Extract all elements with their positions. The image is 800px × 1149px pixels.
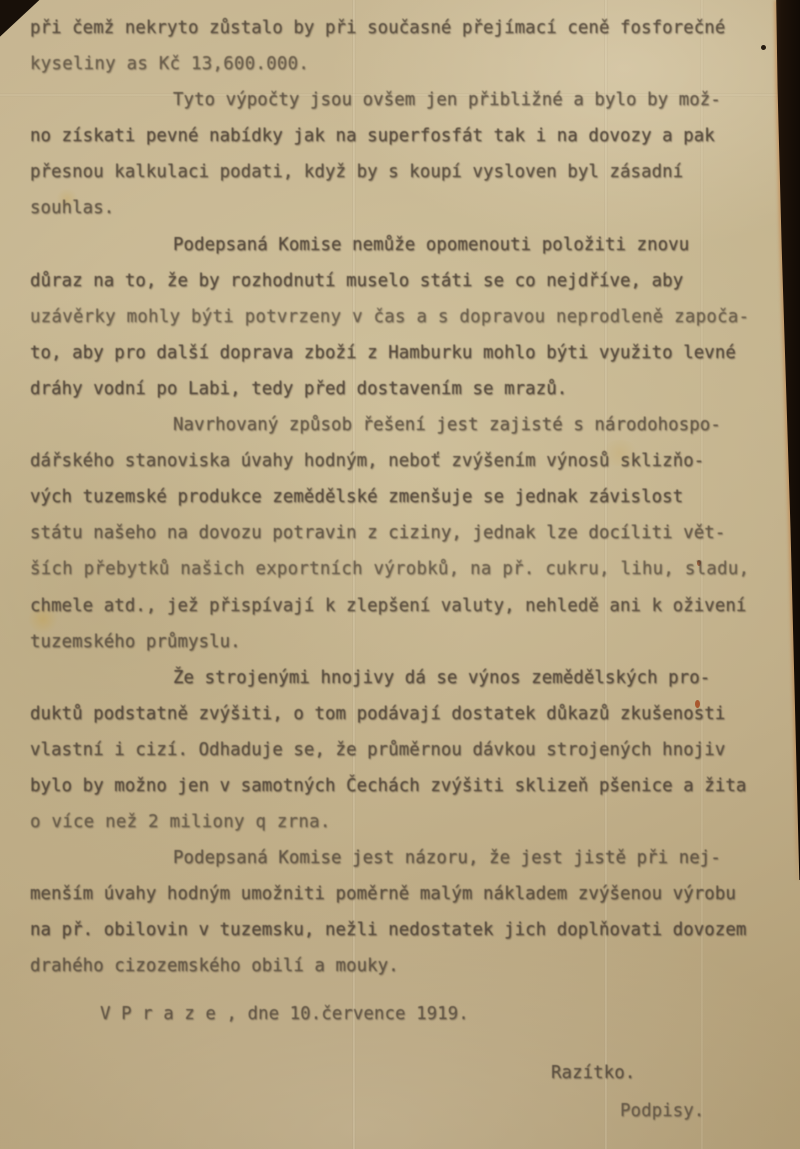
text-line: Navrhovaný způsob řešení jest zajisté s … xyxy=(30,407,778,443)
text-line: vlastní i cizí. Odhaduje se, že průměrno… xyxy=(30,732,778,768)
text-line: Podepsaná Komise nemůže opomenouti polož… xyxy=(30,227,778,263)
text-line: při čemž nekryto zůstalo by při současné… xyxy=(30,10,778,46)
document-page: při čemž nekryto zůstalo by při současné… xyxy=(0,0,800,1149)
stamp-label: Razítko. xyxy=(551,1063,635,1083)
text-line: ších přebytků našich exportních výrobků,… xyxy=(30,551,778,587)
text-line: to, aby pro další doprava zboží z Hambur… xyxy=(30,335,778,371)
text-line: kyseliny as Kč 13,600.000. xyxy=(30,46,778,82)
text-line: Že strojenými hnojivy dá se výnos zemědě… xyxy=(30,660,778,696)
text-line: na př. obilovin v tuzemsku, nežli nedost… xyxy=(30,912,778,948)
text-line: menším úvahy hodným umožniti poměrně mal… xyxy=(30,876,778,912)
text-line: Tyto výpočty jsou ovšem jen přibližné a … xyxy=(30,82,778,118)
text-line: dráhy vodní po Labi, tedy před dostavení… xyxy=(30,371,778,407)
text-line: chmele atd., jež přispívají k zlepšení v… xyxy=(30,588,778,624)
photo-edge-shadow xyxy=(766,0,800,880)
text-line: přesnou kalkulaci podati, když by s koup… xyxy=(30,154,778,190)
text-line: duktů podstatně zvýšiti, o tom podávají … xyxy=(30,696,778,732)
text-line: Podepsaná Komise jest názoru, že jest ji… xyxy=(30,840,778,876)
letter-body: při čemž nekryto zůstalo by při současné… xyxy=(30,10,778,985)
text-line: státu našeho na dovozu potravin z ciziny… xyxy=(30,515,778,551)
text-line: no získati pevné nabídky jak na superfos… xyxy=(30,118,778,154)
dateline: V P r a z e , dne 10.července 1919. xyxy=(100,1004,469,1024)
text-line: vých tuzemské produkce zemědělské zmenšu… xyxy=(30,479,778,515)
text-line: souhlas. xyxy=(30,190,778,226)
text-line: dářského stanoviska úvahy hodným, neboť … xyxy=(30,443,778,479)
photo-edge-shadow-shape xyxy=(766,0,800,880)
signature-label: Podpisy. xyxy=(620,1101,704,1121)
text-line: o více než 2 miliony q zrna. xyxy=(30,804,778,840)
text-line: tuzemského průmyslu. xyxy=(30,624,778,660)
text-line: drahého cizozemského obilí a mouky. xyxy=(30,948,778,984)
text-line: uzávěrky mohly býti potvrzeny v čas a s … xyxy=(30,299,778,335)
text-line: důraz na to, že by rozhodnutí muselo stá… xyxy=(30,263,778,299)
text-line: bylo by možno jen v samotných Čechách zv… xyxy=(30,768,778,804)
